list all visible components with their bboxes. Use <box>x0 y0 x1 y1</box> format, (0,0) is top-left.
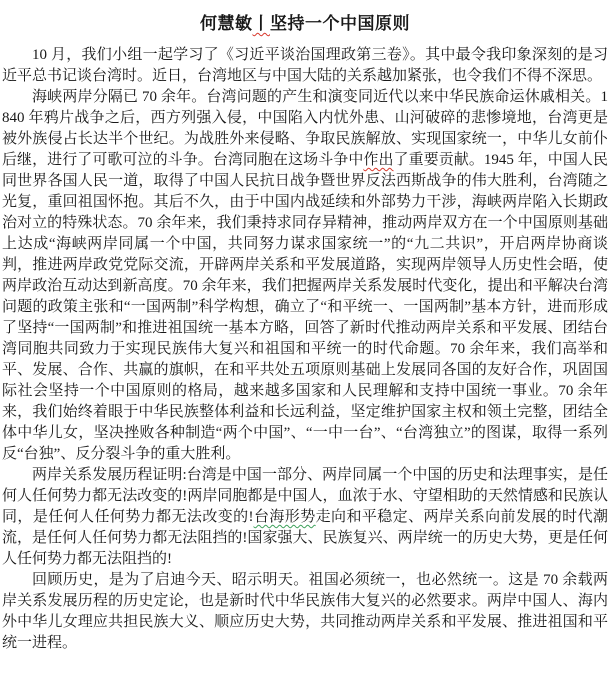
document-page: 何慧敏丨坚持一个中国原则 10 月，我们小组一起学习了《习近平谈治国理政第三卷》… <box>0 0 612 692</box>
text-run: 10 月，我们小组一起学习了《习近平谈治国理政第三卷》。其中最令我印象深刻的是习… <box>2 47 608 84</box>
paragraph: 回顾历史，是为了启迪今天、昭示明天。祖国必须统一，也必然统一。这是 70 余载两… <box>2 570 608 654</box>
text-run: 回顾历史，是为了启迪今天、昭示明天。祖国必须统一，也必然统一。这是 70 余载两… <box>2 572 608 651</box>
document-body: 10 月，我们小组一起学习了《习近平谈治国理政第三卷》。其中最令我印象深刻的是习… <box>2 45 608 654</box>
paragraph: 两岸关系发展历程证明:台湾是中国一部分、两岸同属一个中国的历史和法理事实，是任何… <box>2 465 608 570</box>
paragraph: 海峡两岸分隔已 70 余年。台湾问题的产生和演变同近代以来中华民族命运休戚相关。… <box>2 87 608 465</box>
misspelling-marked-text: 作出 <box>363 152 393 168</box>
misspelling-marked-text: 丨 <box>253 14 271 33</box>
text-run: 何慧敏 <box>200 14 253 33</box>
grammar-marked-text: 台海形势 <box>254 509 316 525</box>
text-run: 了重要贡献。1945 年，中国人民同世界各国人民一道，取得了中国人民抗日战争暨世… <box>2 152 608 462</box>
paragraph: 10 月，我们小组一起学习了《习近平谈治国理政第三卷》。其中最令我印象深刻的是习… <box>2 45 608 87</box>
text-run: 坚持一个中国原则 <box>270 14 410 33</box>
page-title: 何慧敏丨坚持一个中国原则 <box>2 12 608 36</box>
